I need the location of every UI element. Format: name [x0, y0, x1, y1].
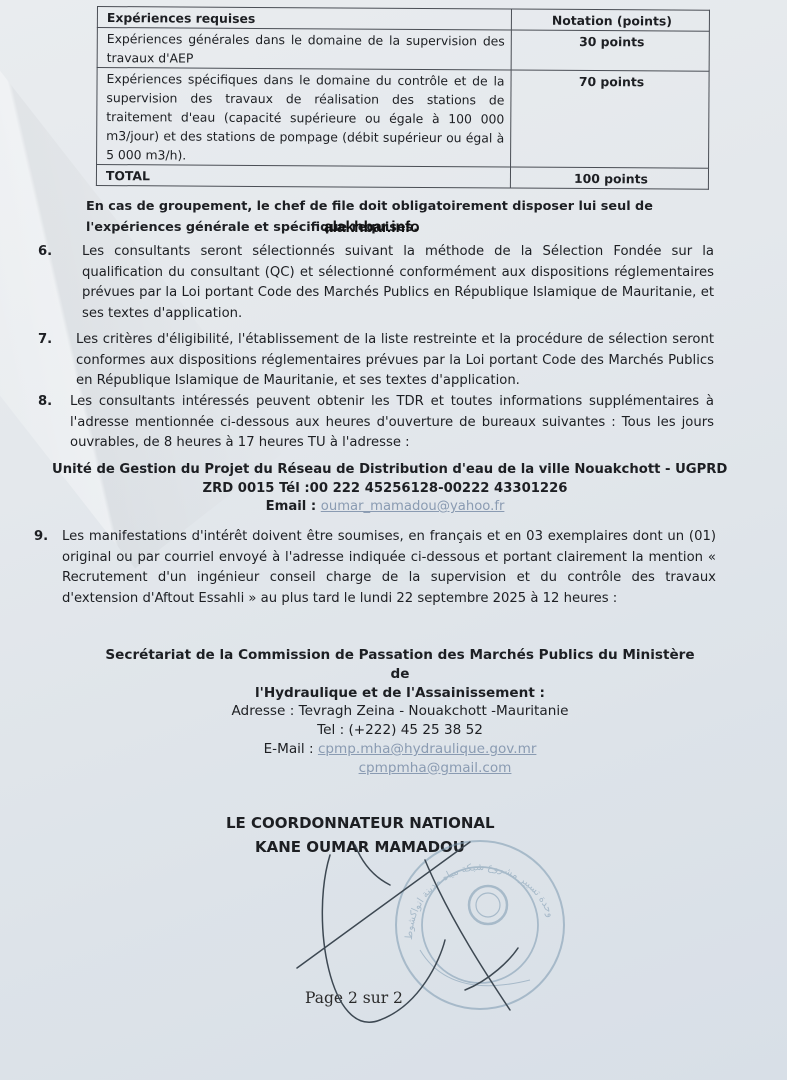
ugprd-line1: Unité de Gestion du Projet du Réseau de … — [52, 461, 730, 480]
ugprd-email-link[interactable]: oumar_mamadou@yahoo.fr — [321, 499, 505, 514]
secretariat-email-link-2[interactable]: cpmpmha@gmail.com — [359, 760, 512, 776]
row-label: Expériences spécifiques dans le domaine … — [97, 68, 512, 168]
list-item-8: 8. Les consultants intéressés peuvent ob… — [38, 392, 714, 454]
table-total-row: TOTAL 100 points — [96, 165, 708, 190]
signatory-title: LE COORDONNATEUR NATIONAL — [226, 814, 495, 832]
item-number: 9. — [34, 527, 48, 548]
item-text: Les critères d'éligibilité, l'établissem… — [76, 330, 714, 392]
row-label: Expériences générales dans le domaine de… — [97, 28, 511, 71]
row-points: 70 points — [511, 70, 710, 168]
item-text: Les manifestations d'intérêt doivent êtr… — [62, 527, 716, 609]
table-header-row: Expériences requises Notation (points) — [97, 7, 709, 32]
secretariat-email-label: E-Mail : — [264, 741, 318, 757]
list-item-9: 9. Les manifestations d'intérêt doivent … — [34, 527, 716, 609]
ugprd-email-label: Email : — [266, 499, 321, 514]
secretariat-line2: l'Hydraulique et de l'Assainissement : — [95, 684, 705, 703]
signatory-name: KANE OUMAR MAMADOU — [255, 838, 465, 856]
ugprd-address: Unité de Gestion du Projet du Réseau de … — [40, 461, 730, 517]
watermark: alakhbar.info — [324, 219, 420, 237]
item-text: Les consultants seront sélectionnés suiv… — [82, 242, 714, 324]
official-stamp-icon: وحدة تسيير مشروع شبكة مياه مدينة انواكشو… — [396, 841, 564, 1009]
table-row: Expériences spécifiques dans le domaine … — [97, 68, 710, 169]
secretariat-email-link-1[interactable]: cpmp.mha@hydraulique.gov.mr — [318, 741, 536, 757]
secretariat-email-line-2: cpmpmha@gmail.com — [95, 759, 705, 778]
header-notation: Notation (points) — [511, 9, 709, 31]
page-number: Page 2 sur 2 — [305, 989, 403, 1007]
item-number: 6. — [38, 242, 52, 263]
list-item-6: 6. Les consultants seront sélectionnés s… — [38, 242, 714, 324]
header-experiences: Expériences requises — [97, 7, 511, 31]
total-points: 100 points — [510, 167, 708, 189]
secretariat-address: Adresse : Tevragh Zeina - Nouakchott -Ma… — [95, 702, 705, 721]
list-item-7: 7. Les critères d'éligibilité, l'établis… — [38, 330, 714, 392]
secretariat-line1: Secrétariat de la Commission de Passatio… — [95, 646, 705, 684]
row-points: 30 points — [511, 30, 709, 71]
item-number: 7. — [38, 330, 52, 351]
ugprd-email-line: Email : oumar_mamadou@yahoo.fr — [40, 498, 730, 517]
svg-text:وحدة تسيير مشروع شبكة مياه مدي: وحدة تسيير مشروع شبكة مياه مدينة انواكشو… — [404, 862, 556, 940]
secretariat-tel: Tel : (+222) 45 25 38 52 — [95, 721, 705, 740]
table-row: Expériences générales dans le domaine de… — [97, 28, 709, 72]
total-label: TOTAL — [96, 165, 510, 189]
item-number: 8. — [38, 392, 52, 413]
secretariat-email-line: E-Mail : cpmp.mha@hydraulique.gov.mr — [95, 740, 705, 759]
criteria-table: Expériences requises Notation (points) E… — [96, 6, 710, 190]
item-text: Les consultants intéressés peuvent obten… — [70, 392, 714, 454]
ugprd-line2: ZRD 0015 Tél :00 222 45256128-00222 4330… — [40, 480, 730, 499]
secretariat-block: Secrétariat de la Commission de Passatio… — [95, 646, 705, 778]
